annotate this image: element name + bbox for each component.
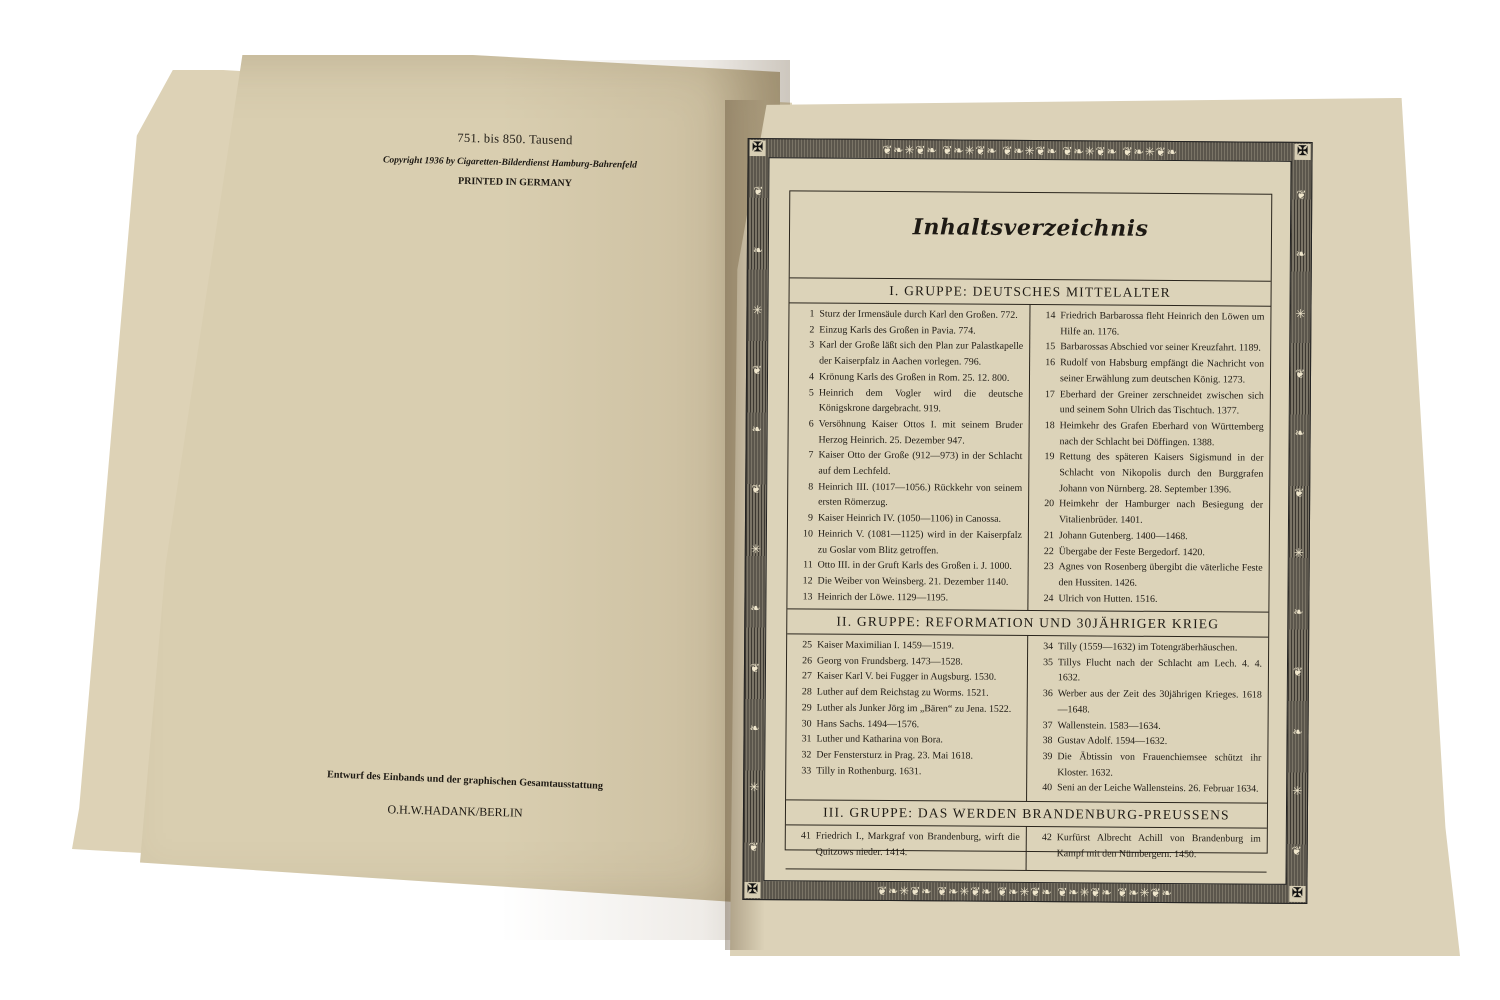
cross-corner-icon: ✠	[1289, 886, 1305, 902]
group-3-left-column: 41Friedrich I., Markgraf von Brandenburg…	[786, 824, 1026, 870]
group-2-right-column: 34Tilly (1559—1632) im Totengräberhäusch…	[1026, 635, 1268, 803]
entry-text: Übergabe der Feste Bergedorf. 1420.	[1059, 544, 1263, 561]
entry-number: 2	[797, 322, 819, 338]
entry-text: Ulrich von Hutten. 1516.	[1058, 591, 1262, 608]
entry-number: 41	[794, 828, 816, 860]
group-1-right-column: 14Friedrich Barbarossa fleht Heinrich de…	[1027, 304, 1270, 612]
entry-text: Barbarossas Abschied vor seiner Kreuzfah…	[1060, 340, 1264, 357]
toc-entry: 5Heinrich dem Vogler wird die deutsche K…	[797, 385, 1023, 418]
entry-number: 6	[797, 416, 819, 448]
entry-number: 24	[1036, 591, 1058, 607]
toc-page-area: Inhaltsverzeichnis I. GRUPPE: DEUTSCHES …	[763, 157, 1291, 885]
entry-text: Einzug Karls des Großen in Pavia. 774.	[819, 322, 1023, 339]
entry-text: Agnes von Rosenberg übergibt die väterli…	[1059, 559, 1263, 592]
toc-entry: 37Wallenstein. 1583—1634.	[1036, 718, 1262, 735]
toc-entry: 32Der Fenstersturz in Prag. 23. Mai 1618…	[794, 747, 1020, 764]
toc-entry: 42Kurfürst Albrecht Achill von Brandenbu…	[1035, 830, 1261, 863]
entry-text: Georg von Frundsberg. 1473—1528.	[817, 653, 1021, 670]
entry-text: Kaiser Otto der Große (912—973) in der S…	[818, 448, 1022, 481]
toc-entry: 11Otto III. in der Gruft Karls des Große…	[796, 558, 1022, 575]
entry-number: 27	[795, 669, 817, 685]
entry-number: 23	[1037, 559, 1059, 591]
entry-text: Johann Gutenberg. 1400—1468.	[1059, 528, 1263, 545]
toc-entry: 41Friedrich I., Markgraf von Brandenburg…	[794, 828, 1020, 861]
entry-text: Gustav Adolf. 1594—1632.	[1057, 733, 1261, 750]
cross-corner-icon: ✠	[744, 882, 760, 898]
toc-entry: 12Die Weiber von Weinsberg. 21. Dezember…	[796, 573, 1022, 590]
toc-entry: 24Ulrich von Hutten. 1516.	[1036, 591, 1262, 608]
entry-number: 34	[1036, 639, 1058, 655]
entry-text: Kurfürst Albrecht Achill von Brandenburg…	[1057, 830, 1261, 863]
entry-number: 32	[794, 747, 816, 763]
toc-entry: 31Luther und Katharina von Bora.	[794, 732, 1020, 749]
entry-text: Kaiser Karl V. bei Fugger in Augsburg. 1…	[817, 669, 1021, 686]
group-2-entries: 25Kaiser Maximilian I. 1459—1519.26Georg…	[786, 633, 1268, 802]
toc-entry: 22Übergabe der Feste Bergedorf. 1420.	[1037, 544, 1263, 561]
entry-number: 22	[1037, 544, 1059, 560]
entry-text: Rudolf von Habsburg empfängt die Nachric…	[1060, 355, 1264, 388]
entry-number: 20	[1037, 497, 1059, 529]
group-1-entries: 1Sturz der Irmensäule durch Karl den Gro…	[787, 302, 1270, 611]
group-1-left-column: 1Sturz der Irmensäule durch Karl den Gro…	[787, 302, 1029, 610]
entry-text: Der Fenstersturz in Prag. 23. Mai 1618.	[816, 747, 1020, 764]
toc-entry: 27Kaiser Karl V. bei Fugger in Augsburg.…	[795, 669, 1021, 686]
cross-corner-icon: ✠	[750, 140, 766, 156]
entry-number: 8	[796, 479, 818, 511]
entry-text: Tillys Flucht nach der Schlacht am Lech.…	[1058, 655, 1262, 688]
entry-number: 26	[795, 653, 817, 669]
entry-text: Karl der Große läßt sich den Plan zur Pa…	[819, 338, 1023, 371]
toc-table: Inhaltsverzeichnis I. GRUPPE: DEUTSCHES …	[785, 190, 1273, 853]
toc-entry: 38Gustav Adolf. 1594—1632.	[1035, 733, 1261, 750]
entry-number: 25	[795, 637, 817, 653]
toc-entry: 29Luther als Junker Jörg im „Bären“ zu J…	[795, 700, 1021, 717]
entry-text: Heimkehr der Hamburger nach Besiegung de…	[1059, 497, 1263, 530]
entry-text: Werber aus der Zeit des 30jährigen Krieg…	[1058, 686, 1262, 719]
toc-entry: 18Heimkehr des Grafen Eberhard von Württ…	[1038, 418, 1264, 451]
toc-entry: 16Rudolf von Habsburg empfängt die Nachr…	[1038, 355, 1264, 388]
entry-text: Luther auf dem Reichstag zu Worms. 1521.	[817, 685, 1021, 702]
entry-number: 36	[1036, 686, 1058, 718]
toc-entry: 19Rettung des späteren Kaisers Sigismund…	[1037, 449, 1263, 498]
toc-entry: 3Karl der Große läßt sich den Plan zur P…	[797, 338, 1023, 371]
toc-entry: 7Kaiser Otto der Große (912—973) in der …	[796, 448, 1022, 481]
toc-entry: 35Tillys Flucht nach der Schlacht am Lec…	[1036, 655, 1262, 688]
oak-leaf-ornament-right-icon: ❦❧✳❦❧❦✳❧❦❧✳❦	[1289, 165, 1308, 881]
entry-number: 13	[795, 589, 817, 605]
group-3-right-column: 42Kurfürst Albrecht Achill von Brandenbu…	[1026, 826, 1267, 872]
entry-text: Hans Sachs. 1494—1576.	[817, 716, 1021, 733]
entry-number: 4	[797, 369, 819, 385]
entry-number: 38	[1035, 733, 1057, 749]
toc-entry: 33Tilly in Rothenburg. 1631.	[794, 763, 1020, 780]
toc-entry: 39Die Äbtissin von Frauenchiemsee schütz…	[1035, 749, 1261, 782]
entry-number: 42	[1035, 830, 1057, 862]
entry-number: 31	[794, 732, 816, 748]
toc-entry: 13Heinrich der Löwe. 1129—1195.	[795, 589, 1021, 606]
entry-text: Rettung des späteren Kaisers Sigismund i…	[1059, 450, 1263, 499]
toc-entry: 36Werber aus der Zeit des 30jährigen Kri…	[1036, 686, 1262, 719]
entry-text: Die Äbtissin von Frauenchiemsee schützt …	[1057, 749, 1261, 782]
toc-entry: 6Versöhnung Kaiser Ottos I. mit seinem B…	[797, 416, 1023, 449]
toc-entry: 9Kaiser Heinrich IV. (1050—1106) in Cano…	[796, 511, 1022, 528]
entry-number: 16	[1038, 355, 1060, 387]
entry-number: 11	[796, 558, 818, 574]
entry-text: Friedrich Barbarossa fleht Heinrich den …	[1060, 308, 1264, 341]
ornamental-border: ❦❧✳❦❧ ❦❧✳❦❧ ❦❧✳❦❧ ❦❧✳❦❧ ❦❧✳❦❧ ❦❧✳❦❧ ❦❧✳❦…	[742, 138, 1312, 904]
entry-number: 39	[1035, 749, 1057, 781]
toc-entry: 23Agnes von Rosenberg übergibt die väter…	[1037, 559, 1263, 592]
entry-text: Heinrich der Löwe. 1129—1195.	[817, 589, 1021, 606]
oak-leaf-ornament-bottom-icon: ❦❧✳❦❧ ❦❧✳❦❧ ❦❧✳❦❧ ❦❧✳❦❧ ❦❧✳❦❧	[765, 883, 1284, 901]
entry-text: Krönung Karls des Großen in Rom. 25. 12.…	[819, 369, 1023, 386]
toc-entry: 1Sturz der Irmensäule durch Karl den Gro…	[797, 306, 1023, 323]
entry-number: 10	[796, 526, 818, 558]
toc-entry: 34Tilly (1559—1632) im Totengräberhäusch…	[1036, 639, 1262, 656]
entry-text: Luther und Katharina von Bora.	[816, 732, 1020, 749]
entry-number: 18	[1038, 418, 1060, 450]
entry-text: Tilly in Rothenburg. 1631.	[816, 763, 1020, 780]
entry-number: 33	[794, 763, 816, 779]
group-3-entries: 41Friedrich I., Markgraf von Brandenburg…	[786, 824, 1267, 872]
toc-entry: 2Einzug Karls des Großen in Pavia. 774.	[797, 322, 1023, 339]
toc-entry: 15Barbarossas Abschied vor seiner Kreuzf…	[1038, 339, 1264, 356]
toc-entry: 28Luther auf dem Reichstag zu Worms. 152…	[795, 684, 1021, 701]
toc-entry: 10Heinrich V. (1081—1125) wird in der Ka…	[796, 526, 1022, 559]
entry-text: Heinrich V. (1081—1125) wird in der Kais…	[818, 526, 1022, 559]
entry-number: 14	[1038, 308, 1060, 340]
entry-number: 1	[797, 306, 819, 322]
entry-number: 35	[1036, 655, 1058, 687]
toc-entry: 17Eberhard der Greiner zerschneidet zwis…	[1038, 387, 1264, 420]
entry-text: Die Weiber von Weinsberg. 21. Dezember 1…	[818, 573, 1022, 590]
entry-number: 3	[797, 338, 819, 370]
entry-number: 30	[795, 716, 817, 732]
group-2-left-column: 25Kaiser Maximilian I. 1459—1519.26Georg…	[786, 633, 1027, 801]
entry-text: Luther als Junker Jörg im „Bären“ zu Jen…	[817, 700, 1021, 717]
entry-number: 17	[1038, 387, 1060, 419]
entry-number: 19	[1037, 449, 1059, 496]
toc-entry: 8Heinrich III. (1017—1056.) Rückkehr von…	[796, 479, 1022, 512]
toc-entry: 21Johann Gutenberg. 1400—1468.	[1037, 528, 1263, 545]
entry-number: 5	[797, 385, 819, 417]
entry-number: 28	[795, 684, 817, 700]
entry-text: Friedrich I., Markgraf von Brandenburg, …	[816, 829, 1020, 862]
entry-text: Kaiser Maximilian I. 1459—1519.	[817, 638, 1021, 655]
entry-number: 12	[796, 573, 818, 589]
entry-text: Eberhard der Greiner zerschneidet zwisch…	[1060, 387, 1264, 420]
toc-entry: 30Hans Sachs. 1494—1576.	[795, 716, 1021, 733]
entry-number: 29	[795, 700, 817, 716]
entry-number: 15	[1038, 339, 1060, 355]
toc-entry: 40Seni an der Leiche Wallensteins. 26. F…	[1035, 780, 1261, 797]
toc-entry: 25Kaiser Maximilian I. 1459—1519.	[795, 637, 1021, 654]
entry-text: Sturz der Irmensäule durch Karl den Groß…	[819, 307, 1023, 324]
entry-text: Kaiser Heinrich IV. (1050—1106) in Canos…	[818, 511, 1022, 528]
entry-text: Seni an der Leiche Wallensteins. 26. Feb…	[1057, 781, 1261, 798]
entry-number: 9	[796, 511, 818, 527]
entry-number: 7	[796, 448, 818, 480]
toc-frame: ❦❧✳❦❧ ❦❧✳❦❧ ❦❧✳❦❧ ❦❧✳❦❧ ❦❧✳❦❧ ❦❧✳❦❧ ❦❧✳❦…	[742, 138, 1312, 904]
oak-leaf-ornament-left-icon: ❦❧✳❦❧❦✳❧❦❧✳❦	[747, 161, 766, 877]
toc-entry: 4Krönung Karls des Großen in Rom. 25. 12…	[797, 369, 1023, 386]
entry-text: Wallenstein. 1583—1634.	[1058, 718, 1262, 735]
cross-corner-icon: ✠	[1295, 144, 1311, 160]
entry-number: 40	[1035, 780, 1057, 796]
entry-number: 37	[1036, 718, 1058, 734]
entry-number: 21	[1037, 528, 1059, 544]
toc-entry: 26Georg von Frundsberg. 1473—1528.	[795, 653, 1021, 670]
entry-text: Tilly (1559—1632) im Totengräberhäuschen…	[1058, 639, 1262, 656]
toc-entry: 20Heimkehr der Hamburger nach Besiegung …	[1037, 497, 1263, 530]
toc-entry: 14Friedrich Barbarossa fleht Heinrich de…	[1038, 308, 1264, 341]
entry-text: Versöhnung Kaiser Ottos I. mit seinem Br…	[819, 416, 1023, 449]
entry-text: Otto III. in der Gruft Karls des Großen …	[818, 558, 1022, 575]
entry-text: Heinrich III. (1017—1056.) Rückkehr von …	[818, 479, 1022, 512]
entry-text: Heimkehr des Grafen Eberhard von Württem…	[1059, 418, 1263, 451]
entry-text: Heinrich dem Vogler wird die deutsche Kö…	[819, 385, 1023, 418]
page-title: Inhaltsverzeichnis	[790, 213, 1271, 242]
